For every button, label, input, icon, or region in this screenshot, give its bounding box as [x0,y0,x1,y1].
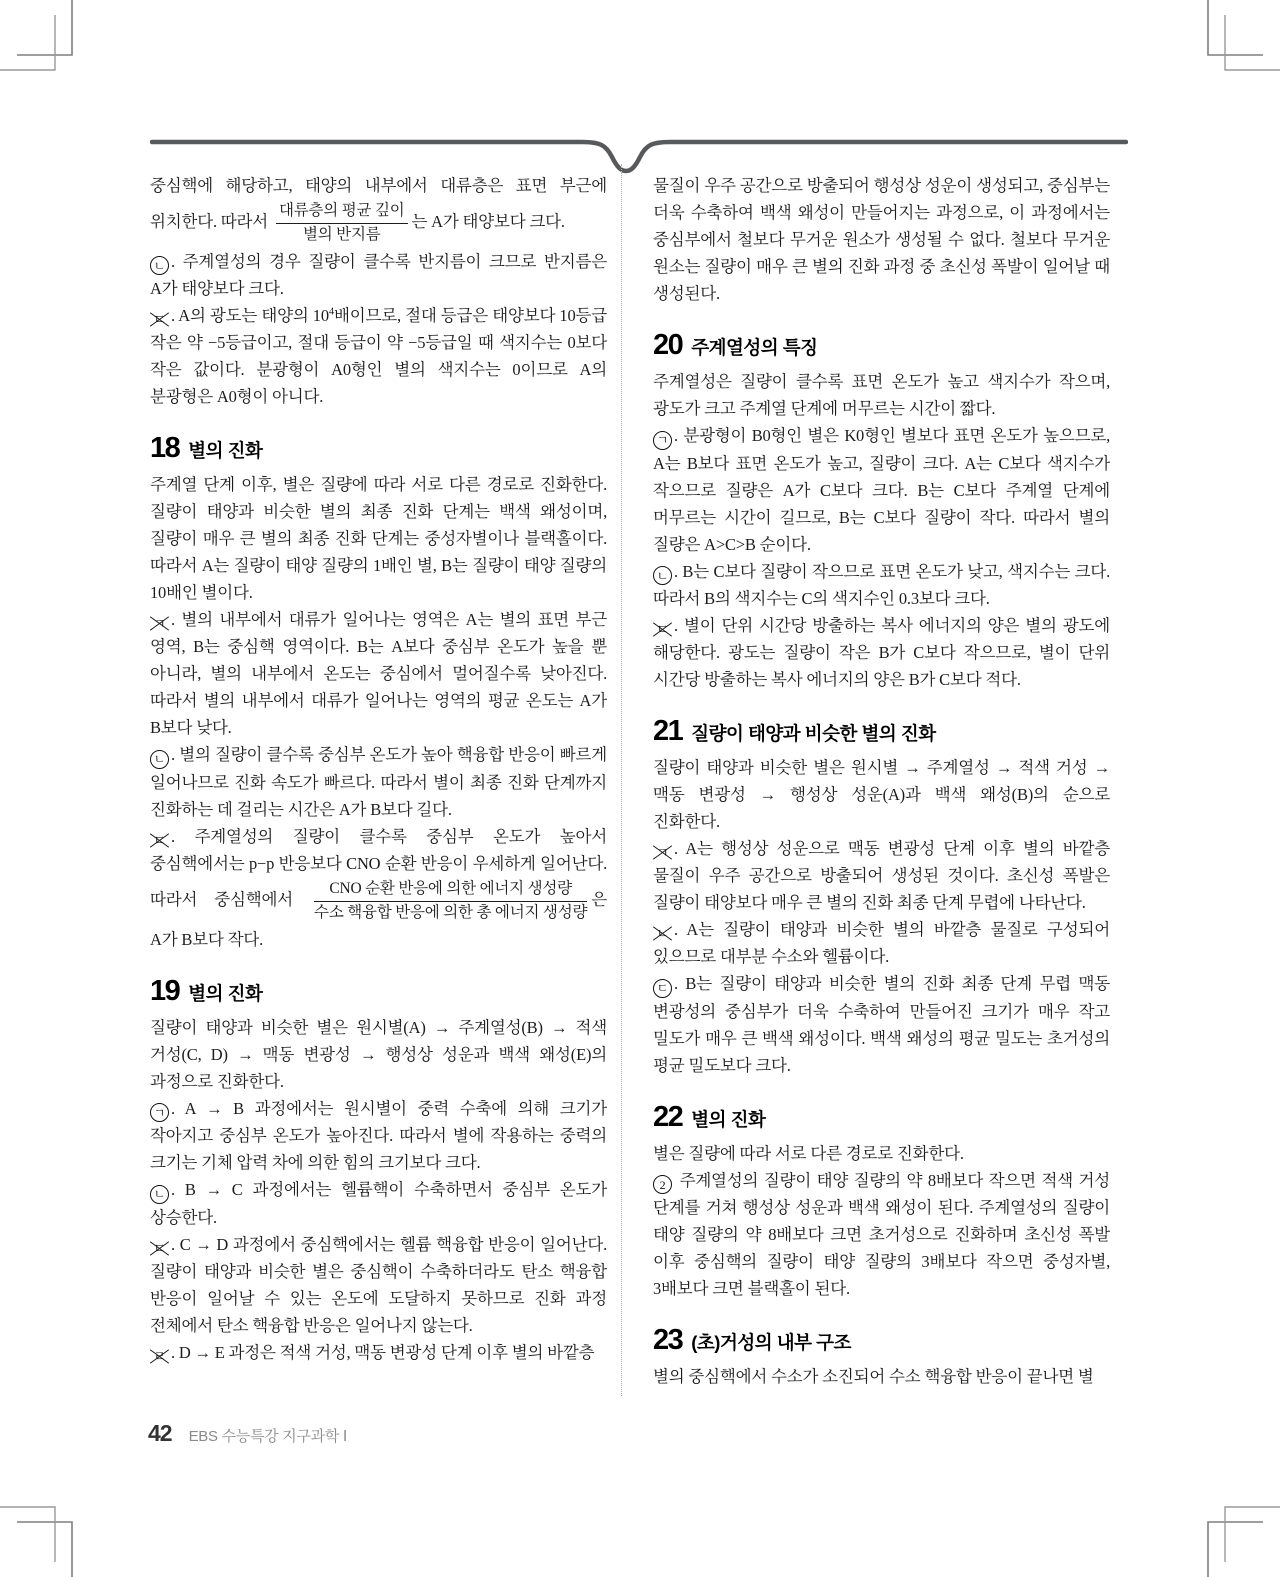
answer-item: ㄷ. 주계열성의 질량이 클수록 중심부 온도가 높아서 중심핵에서는 p−p … [150,823,607,953]
paragraph: 별은 질량에 따라 서로 다른 경로로 진화한다. [653,1140,1110,1167]
paragraph: 중심핵에 해당하고, 태양의 내부에서 대류층은 표면 부근에 위치한다. 따라… [150,172,607,248]
answer-item: ㄱ. 분광형이 B0형인 별은 K0형인 별보다 표면 온도가 높으므로, A는… [653,422,1110,558]
answer-item: ㄷ. C → D 과정에서 중심핵에서는 헬륨 핵융합 반응이 일어난다. 질량… [150,1231,607,1339]
circled-marker: ㄷ [653,979,672,998]
answer-item: ㄱ. A → B 과정에서는 원시별이 중력 수축에 의해 크기가 작아지고 중… [150,1095,607,1177]
circled-marker: ㄴ [150,750,169,769]
paragraph: 질량이 태양과 비슷한 별은 원시별 → 주계열성 → 적색 거성 → 맥동 변… [653,754,1110,835]
textbook-page: 중심핵에 해당하고, 태양의 내부에서 대류층은 표면 부근에 위치한다. 따라… [0,0,1280,1577]
answer-item: ㄱ. A는 행성상 성운으로 맥동 변광성 단계 이후 별의 바깥층 물질이 우… [653,835,1110,916]
answer-item: ㄱ. 별의 내부에서 대류가 일어나는 영역은 A는 별의 표면 부근 영역, … [150,606,607,741]
section-heading: 19별의 진화 [150,977,607,1007]
inline-fraction: 대류층의 평균 깊이별의 반지름 [276,201,408,246]
answer-item: ㄹ. D → E 과정은 적색 거성, 맥동 변광성 단계 이후 별의 바깥층 [150,1339,607,1366]
section-title: 별의 진화 [188,980,262,1007]
section-title: 질량이 태양과 비슷한 별의 진화 [691,720,935,747]
section-number: 21 [653,717,682,746]
paragraph: 주계열 단계 이후, 별은 질량에 따라 서로 다른 경로로 진화한다. 질량이… [150,471,607,606]
crossed-out-marker: ㄱ [653,843,672,862]
fraction-denominator: 수소 핵융합 반응에 의한 총 에너지 생성량 [314,902,587,924]
crop-mark-top-left [0,0,76,76]
circled-marker: ㄴ [150,256,169,275]
section-number: 22 [653,1103,682,1132]
column-divider [621,164,622,1396]
right-column: 물질이 우주 공간으로 방출되어 행성상 성운이 생성되고, 중심부는 더욱 수… [653,172,1110,1390]
crossed-out-marker: ㄱ [150,614,169,633]
answer-item: ㄷ. 별이 단위 시간당 방출하는 복사 에너지의 양은 별의 광도에 해당한다… [653,612,1110,693]
section-title: 별의 진화 [188,437,262,464]
circled-marker: ㄱ [150,1103,169,1122]
left-column: 중심핵에 해당하고, 태양의 내부에서 대류층은 표면 부근에 위치한다. 따라… [150,172,607,1366]
section-title: (초)거성의 내부 구조 [691,1329,851,1356]
book-title: EBS 수능특강 지구과학 Ⅰ [189,1425,347,1446]
circled-marker: ㄴ [150,1185,169,1204]
answer-item: ㄴ. A는 질량이 태양과 비슷한 별의 바깥층 물질로 구성되어 있으므로 대… [653,916,1110,970]
crop-mark-bottom-right [1204,1501,1280,1577]
crop-mark-bottom-left [0,1501,76,1577]
circled-marker: ㄴ [653,566,672,585]
section-title: 별의 진화 [691,1106,765,1133]
answer-item: ㄷ. B는 질량이 태양과 비슷한 별의 진화 최종 단계 무렵 맥동 변광성의… [653,970,1110,1079]
crossed-out-marker: ㄷ [150,1239,169,1258]
section-number: 18 [150,434,179,463]
inline-fraction: CNO 순환 반응에 의한 에너지 생성량수소 핵융합 반응에 의한 총 에너지… [314,879,587,924]
superscript: 4 [329,307,334,318]
crossed-out-marker: ㄹ [150,1347,169,1366]
circled-marker: 2 [653,1175,672,1194]
section-number: 23 [653,1326,682,1355]
paragraph: 물질이 우주 공간으로 방출되어 행성상 성운이 생성되고, 중심부는 더욱 수… [653,172,1110,307]
section-title: 주계열성의 특징 [691,334,817,361]
fraction-denominator: 별의 반지름 [276,224,408,246]
section-heading: 20주계열성의 특징 [653,331,1110,361]
page-number: 42 [148,1420,172,1447]
crossed-out-marker: ㄷ [653,620,672,639]
section-heading: 21질량이 태양과 비슷한 별의 진화 [653,717,1110,747]
crossed-out-marker: ㄷ [150,310,169,329]
circled-marker: ㄱ [653,431,672,450]
section-heading: 18별의 진화 [150,434,607,464]
answer-item: ㄴ. 별의 질량이 클수록 중심부 온도가 높아 핵융합 반응이 빠르게 일어나… [150,741,607,823]
section-heading: 22별의 진화 [653,1103,1110,1133]
answer-item: ㄴ. 주계열성의 경우 질량이 클수록 반지름이 크므로 반지름은 A가 태양보… [150,248,607,303]
fraction-numerator: 대류층의 평균 깊이 [276,201,408,224]
fraction-numerator: CNO 순환 반응에 의한 에너지 생성량 [314,879,587,902]
answer-item: ㄴ. B → C 과정에서는 헬륨핵이 수축하면서 중심부 온도가 상승한다. [150,1176,607,1231]
paragraph: 질량이 태양과 비슷한 별은 원시별(A) → 주계열성(B) → 적색 거성(… [150,1014,607,1095]
section-number: 20 [653,331,682,360]
section-heading: 23(초)거성의 내부 구조 [653,1326,1110,1356]
crossed-out-marker: ㄷ [150,831,169,850]
paragraph: 별의 중심핵에서 수소가 소진되어 수소 핵융합 반응이 끝나면 별 [653,1363,1110,1390]
crossed-out-marker: ㄴ [653,924,672,943]
answer-item: ㄴ. B는 C보다 질량이 작으므로 표면 온도가 낮고, 색지수는 크다. 따… [653,558,1110,613]
crop-mark-top-right [1204,0,1280,76]
section-number: 19 [150,977,179,1006]
paragraph: 주계열성은 질량이 클수록 표면 온도가 높고 색지수가 작으며, 광도가 크고… [653,368,1110,422]
page-footer: 42 EBS 수능특강 지구과학 Ⅰ [148,1420,347,1447]
answer-item: 2 주계열성의 질량이 태양 질량의 약 8배보다 작으면 적색 거성 단계를 … [653,1167,1110,1303]
answer-item: ㄷ. A의 광도는 태양의 104배이므로, 절대 등급은 태양보다 10등급 … [150,302,607,410]
